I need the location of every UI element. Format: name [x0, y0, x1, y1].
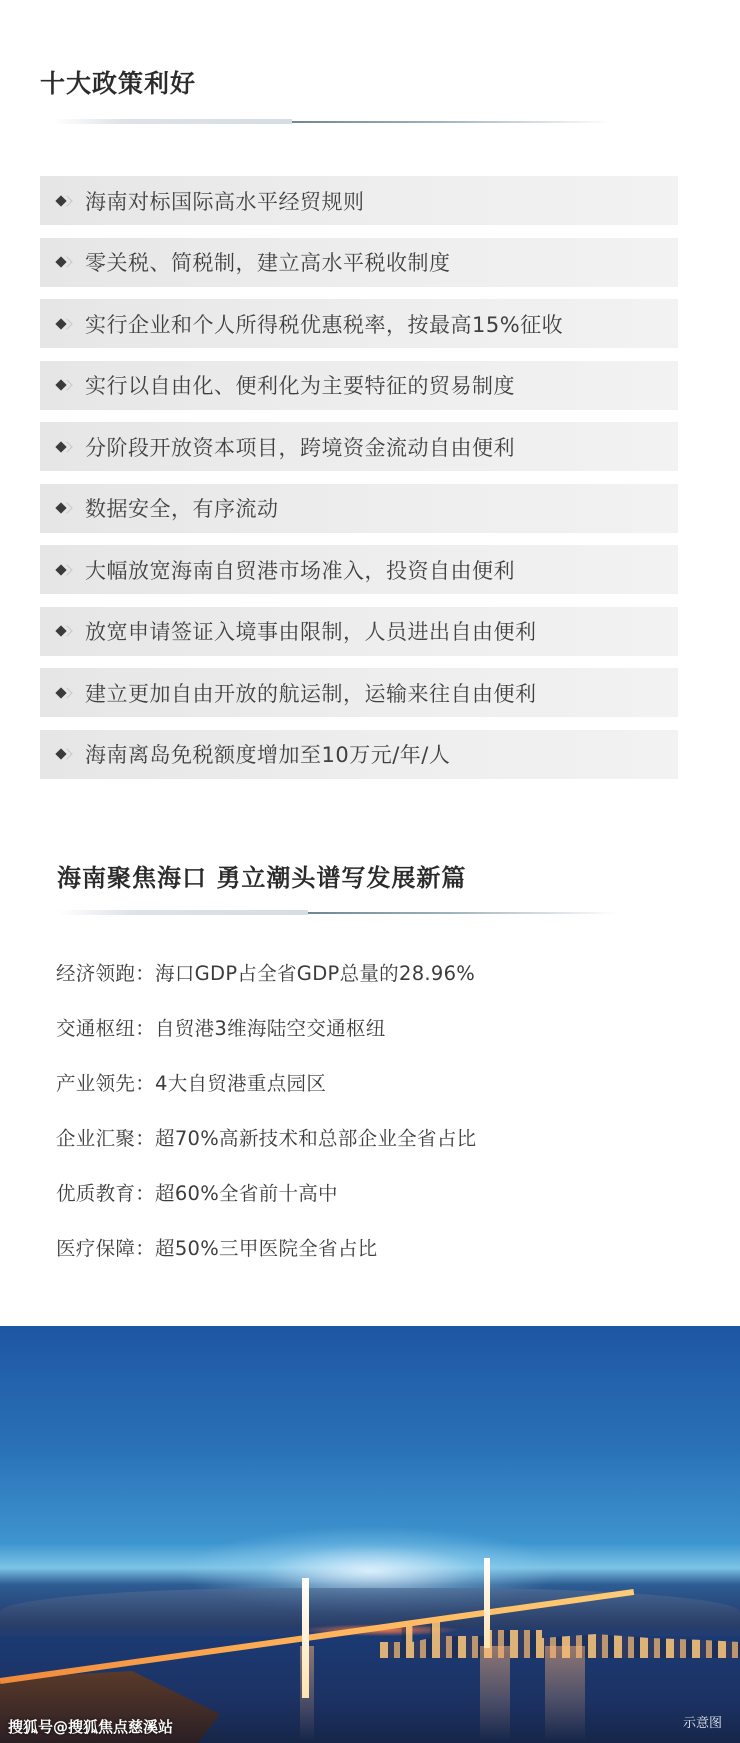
watermark-text: 搜狐号@搜狐焦点慈溪站 [8, 1716, 173, 1737]
highlight-label: 产业领先： [56, 1072, 155, 1095]
highlight-value: 超60%全省前十高中 [155, 1182, 338, 1205]
highlight-label: 优质教育： [56, 1182, 155, 1205]
policy-item: 建立更加自由开放的航运制，运输来往自由便利 [40, 668, 678, 717]
highlight-row: 优质教育：超60%全省前十高中 [56, 1178, 476, 1233]
highlight-list: 经济领跑：海口GDP占全省GDP总量的28.96% 交通枢纽：自贸港3维海陆空交… [56, 958, 476, 1288]
diamond-bullet-icon [57, 194, 85, 208]
highlight-row: 医疗保障：超50%三甲医院全省占比 [56, 1233, 476, 1288]
policy-item: 海南离岛免税额度增加至10万元/年/人 [40, 730, 678, 779]
highlight-value: 超70%高新技术和总部企业全省占比 [155, 1127, 476, 1150]
highlight-row: 产业领先：4大自贸港重点园区 [56, 1068, 476, 1123]
divider-thick-segment [58, 910, 308, 915]
policy-item: 零关税、简税制，建立高水平税收制度 [40, 238, 678, 287]
policy-item-text: 分阶段开放资本项目，跨境资金流动自由便利 [85, 432, 515, 462]
diamond-bullet-icon [57, 317, 85, 331]
policy-item-text: 实行以自由化、便利化为主要特征的贸易制度 [85, 370, 515, 400]
highlight-value: 超50%三甲医院全省占比 [155, 1237, 377, 1260]
diamond-bullet-icon [57, 501, 85, 515]
section-title-policies: 十大政策利好 [40, 64, 196, 100]
haikou-bridge-photo: 搜狐号@搜狐焦点慈溪站 示意图 [0, 1326, 740, 1743]
policy-item: 实行企业和个人所得税优惠税率，按最高15%征收 [40, 299, 678, 348]
highlight-label: 交通枢纽： [56, 1017, 155, 1040]
policy-item: 海南对标国际高水平经贸规则 [40, 176, 678, 225]
policy-item: 分阶段开放资本项目，跨境资金流动自由便利 [40, 422, 678, 471]
highlight-value: 4大自贸港重点园区 [155, 1072, 326, 1095]
diamond-bullet-icon [57, 747, 85, 761]
policy-item-text: 大幅放宽海南自贸港市场准入，投资自由便利 [85, 555, 515, 585]
highlight-value: 海口GDP占全省GDP总量的28.96% [155, 962, 475, 985]
highlight-value: 自贸港3维海陆空交通枢纽 [155, 1017, 386, 1040]
policy-list: 海南对标国际高水平经贸规则 零关税、简税制，建立高水平税收制度 实行企业和个人所… [40, 176, 678, 791]
diamond-bullet-icon [57, 624, 85, 638]
section-title-haikou: 海南聚焦海口 勇立潮头谱写发展新篇 [57, 858, 466, 893]
diamond-bullet-icon [57, 440, 85, 454]
highlight-label: 医疗保障： [56, 1237, 155, 1260]
divider-thick-segment [52, 119, 292, 124]
divider-thin-segment [308, 912, 618, 914]
policy-item: 实行以自由化、便利化为主要特征的贸易制度 [40, 361, 678, 410]
policy-item: 数据安全，有序流动 [40, 484, 678, 533]
illustration-caption: 示意图 [683, 1712, 722, 1731]
diamond-bullet-icon [57, 563, 85, 577]
policy-item-text: 建立更加自由开放的航运制，运输来往自由便利 [85, 678, 537, 708]
policy-item: 放宽申请签证入境事由限制，人员进出自由便利 [40, 607, 678, 656]
highlight-label: 经济领跑： [56, 962, 155, 985]
diamond-bullet-icon [57, 255, 85, 269]
policy-item: 大幅放宽海南自贸港市场准入，投资自由便利 [40, 545, 678, 594]
policy-item-text: 实行企业和个人所得税优惠税率，按最高15%征收 [85, 309, 563, 339]
bridge-tower [484, 1558, 490, 1648]
policy-item-text: 放宽申请签证入境事由限制，人员进出自由便利 [85, 616, 537, 646]
policy-item-text: 海南对标国际高水平经贸规则 [85, 186, 365, 216]
title-divider [52, 118, 612, 126]
highlight-row: 经济领跑：海口GDP占全省GDP总量的28.96% [56, 958, 476, 1013]
light-reflection [480, 1646, 510, 1741]
divider-thin-segment [292, 121, 612, 123]
highlight-row: 交通枢纽：自贸港3维海陆空交通枢纽 [56, 1013, 476, 1068]
light-reflection [545, 1646, 585, 1741]
title-divider [58, 909, 618, 917]
highlight-row: 企业汇聚：超70%高新技术和总部企业全省占比 [56, 1123, 476, 1178]
policy-item-text: 海南离岛免税额度增加至10万元/年/人 [85, 739, 450, 769]
bridge-tower [302, 1578, 309, 1698]
policy-item-text: 数据安全，有序流动 [85, 493, 279, 523]
diamond-bullet-icon [57, 378, 85, 392]
highlight-label: 企业汇聚： [56, 1127, 155, 1150]
diamond-bullet-icon [57, 686, 85, 700]
policy-item-text: 零关税、简税制，建立高水平税收制度 [85, 247, 451, 277]
